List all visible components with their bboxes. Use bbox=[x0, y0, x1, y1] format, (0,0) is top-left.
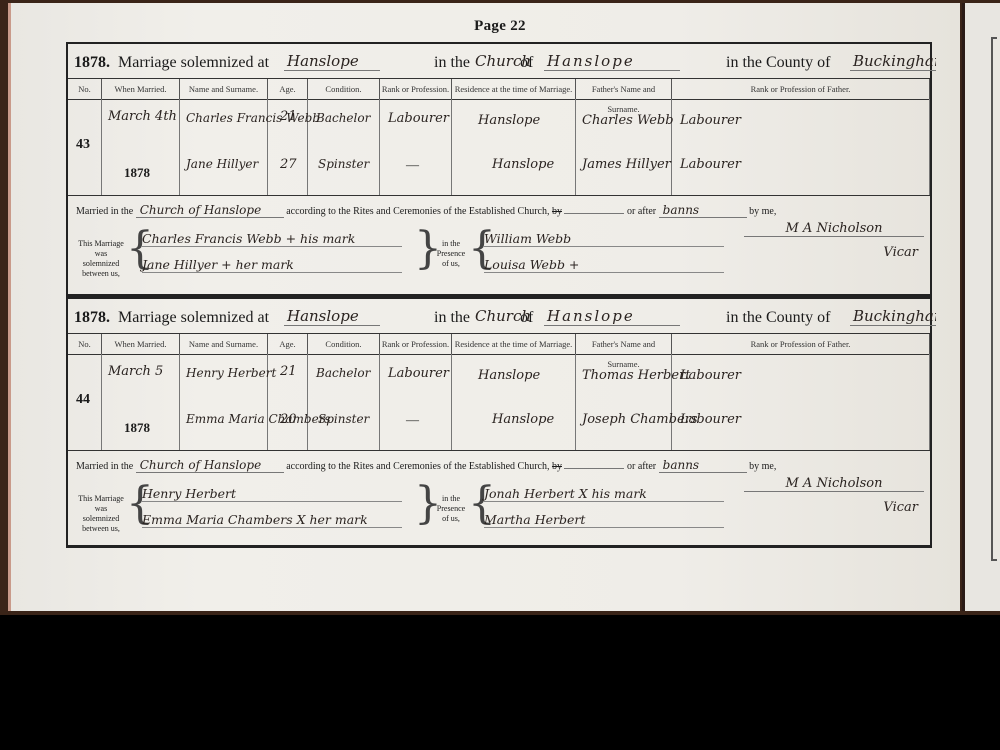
column-header: When Married. bbox=[102, 334, 180, 354]
column-headers: No.When Married.Name and Surname.Age.Con… bbox=[68, 333, 930, 355]
column-header: Condition. bbox=[308, 79, 380, 99]
bride-age: 20 bbox=[280, 412, 297, 427]
column-header: No. bbox=[68, 334, 102, 354]
column-header: Residence at the time of Marriage. bbox=[452, 334, 576, 354]
parish-field: Hanslope bbox=[544, 307, 680, 326]
groom-father-rank: Labourer bbox=[680, 113, 741, 128]
witness-1: William Webb bbox=[484, 231, 724, 247]
marriage-date: March 4th bbox=[108, 109, 177, 124]
label-between-us: This Marriage was solemnized between us, bbox=[76, 239, 126, 279]
groom-name: Charles Francis Webb bbox=[186, 111, 320, 125]
bride-condition: Spinster bbox=[318, 412, 369, 426]
married-in-line: Married in the Church of Hanslope accord… bbox=[76, 458, 776, 473]
marriage-year: 1878 bbox=[124, 165, 150, 181]
after-field: banns bbox=[659, 458, 747, 473]
bride-name: Jane Hillyer bbox=[186, 157, 258, 171]
column-header: When Married. bbox=[102, 79, 180, 99]
county-field: Buckingham bbox=[850, 307, 936, 326]
witness-1: Jonah Herbert X his mark bbox=[484, 486, 724, 502]
bride-age: 27 bbox=[280, 157, 297, 172]
bride-father-rank: Labourer bbox=[680, 412, 741, 427]
groom-name: Henry Herbert bbox=[186, 366, 276, 380]
marriage-date: March 5 bbox=[108, 364, 163, 379]
signature-groom: Charles Francis Webb + his mark bbox=[142, 231, 402, 247]
marriage-entry: 1878. Marriage solemnized at Hanslope in… bbox=[66, 42, 932, 296]
entry-footer: Married in the Church of Hanslope accord… bbox=[68, 195, 930, 294]
entry-title-line: 1878. Marriage solemnized at Hanslope in… bbox=[74, 305, 926, 331]
entry-number: 43 bbox=[76, 137, 90, 153]
column-header: Rank or Profession of Father. bbox=[672, 334, 930, 354]
column-header: Age. bbox=[268, 79, 308, 99]
entry-title-line: 1878. Marriage solemnized at Hanslope in… bbox=[74, 50, 926, 76]
bride-father: James Hillyer bbox=[582, 157, 671, 172]
column-header: Condition. bbox=[308, 334, 380, 354]
page-number: Page 22 bbox=[0, 18, 1000, 35]
label-solemnized-at: Marriage solemnized at bbox=[118, 54, 269, 72]
married-in-line: Married in the Church of Hanslope accord… bbox=[76, 203, 776, 218]
officiant-signature: M A Nicholson bbox=[744, 476, 924, 492]
groom-father-rank: Labourer bbox=[680, 368, 741, 383]
entry-year: 1878. bbox=[74, 54, 110, 72]
column-headers: No.When Married.Name and Surname.Age.Con… bbox=[68, 78, 930, 100]
place-field: Hanslope bbox=[284, 52, 380, 71]
officiant-title: Vicar bbox=[883, 245, 918, 260]
marriage-entry: 1878. Marriage solemnized at Hanslope in… bbox=[66, 296, 932, 548]
label-in-presence: in the Presence of us, bbox=[434, 494, 468, 524]
groom-age: 21 bbox=[280, 364, 297, 379]
column-header: Father's Name and Surname. bbox=[576, 334, 672, 354]
groom-father: Charles Webb bbox=[582, 113, 674, 128]
groom-residence: Hanslope bbox=[478, 113, 540, 128]
entry-rows: 43 March 4th 1878 Charles Francis Webb J… bbox=[68, 99, 930, 196]
after-field: banns bbox=[659, 203, 747, 218]
county-field: Buckingham bbox=[850, 52, 936, 71]
entry-footer: Married in the Church of Hanslope accord… bbox=[68, 450, 930, 545]
groom-father: Thomas Herbert bbox=[582, 368, 690, 383]
married-in-field: Church of Hanslope bbox=[136, 203, 284, 218]
bride-residence: Hanslope bbox=[492, 412, 554, 427]
signature-bride: Jane Hillyer + her mark bbox=[142, 257, 402, 273]
officiant-title: Vicar bbox=[883, 500, 918, 515]
entry-rows: 44 March 5 1878 Henry Herbert Emma Maria… bbox=[68, 354, 930, 451]
column-header: Father's Name and Surname. bbox=[576, 79, 672, 99]
witness-2: Louisa Webb + bbox=[484, 257, 724, 273]
column-header: Age. bbox=[268, 334, 308, 354]
label-of: of bbox=[520, 54, 533, 72]
groom-rank: Labourer bbox=[388, 366, 449, 381]
groom-age: 21 bbox=[280, 109, 297, 124]
bride-rank: — bbox=[406, 412, 419, 428]
bride-name: Emma Maria Chambers bbox=[186, 412, 331, 426]
label-county: in the County of bbox=[726, 309, 830, 327]
groom-residence: Hanslope bbox=[478, 368, 540, 383]
by-field bbox=[564, 203, 624, 214]
column-header: Rank or Profession. bbox=[380, 334, 452, 354]
groom-condition: Bachelor bbox=[316, 366, 370, 380]
column-header: Rank or Profession. bbox=[380, 79, 452, 99]
column-header: Rank or Profession of Father. bbox=[672, 79, 930, 99]
signature-bride: Emma Maria Chambers X her mark bbox=[142, 512, 402, 528]
label-in-the: in the bbox=[434, 309, 470, 327]
officiant-signature: M A Nicholson bbox=[744, 221, 924, 237]
label-between-us: This Marriage was solemnized between us, bbox=[76, 494, 126, 534]
married-in-field: Church of Hanslope bbox=[136, 458, 284, 473]
column-header: Residence at the time of Marriage. bbox=[452, 79, 576, 99]
place-field: Hanslope bbox=[284, 307, 380, 326]
label-in-the: in the bbox=[434, 54, 470, 72]
label-of: of bbox=[520, 309, 533, 327]
bride-rank: — bbox=[406, 157, 419, 173]
bride-condition: Spinster bbox=[318, 157, 369, 171]
column-header: Name and Surname. bbox=[180, 79, 268, 99]
groom-condition: Bachelor bbox=[316, 111, 370, 125]
entry-number: 44 bbox=[76, 392, 90, 408]
column-header: No. bbox=[68, 79, 102, 99]
label-in-presence: in the Presence of us, bbox=[434, 239, 468, 269]
column-header: Name and Surname. bbox=[180, 334, 268, 354]
facing-page-edge bbox=[962, 3, 1000, 611]
by-field bbox=[564, 458, 624, 469]
groom-rank: Labourer bbox=[388, 111, 449, 126]
marriage-year: 1878 bbox=[124, 420, 150, 436]
bride-residence: Hanslope bbox=[492, 157, 554, 172]
bride-father-rank: Labourer bbox=[680, 157, 741, 172]
signature-groom: Henry Herbert bbox=[142, 486, 402, 502]
witness-2: Martha Herbert bbox=[484, 512, 724, 528]
label-county: in the County of bbox=[726, 54, 830, 72]
parish-field: Hanslope bbox=[544, 52, 680, 71]
entry-year: 1878. bbox=[74, 309, 110, 327]
label-solemnized-at: Marriage solemnized at bbox=[118, 309, 269, 327]
